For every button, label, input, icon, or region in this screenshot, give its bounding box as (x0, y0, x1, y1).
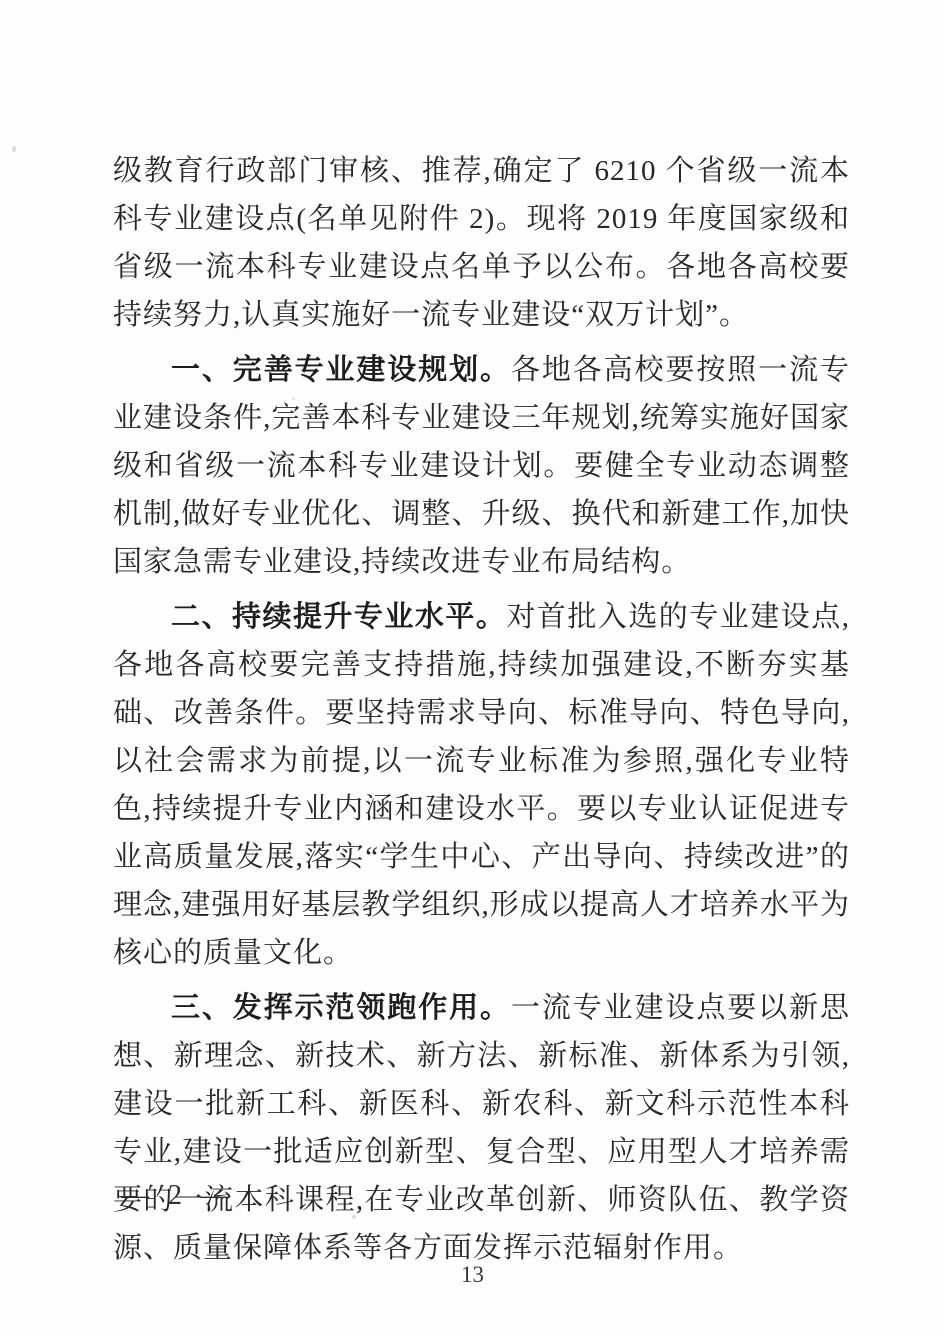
body-text: 各地各高校要按照一流专业建设条件,完善本科专业建设三年规划,统筹实施好国家级和省… (113, 354, 850, 578)
paragraph: 三、发挥示范领跑作用。一流专业建设点要以新思想、新理念、新技术、新方法、新标准、… (113, 984, 850, 1272)
body-text: 级教育行政部门审核、推荐,确定了 6210 个省级一流本科专业建设点(名单见附件… (113, 155, 850, 331)
scan-speck (12, 146, 16, 152)
document-body: 级教育行政部门审核、推荐,确定了 6210 个省级一流本科专业建设点(名单见附件… (113, 147, 850, 1279)
document-page-number: — 2 — (121, 1180, 235, 1212)
body-text: 一流专业建设点要以新思想、新理念、新技术、新方法、新标准、新体系为引领,建设一批… (113, 992, 850, 1264)
scan-speck (352, 1215, 356, 1219)
body-text: 对首批入选的专业建设点,各地各高校要完善支持措施,持续加强建设,不断夯实基础、改… (113, 601, 850, 969)
paragraph: 二、持续提升专业水平。对首批入选的专业建设点,各地各高校要完善支持措施,持续加强… (113, 593, 850, 977)
scan-page-number: 13 (0, 1262, 945, 1288)
document-page: 级教育行政部门审核、推荐,确定了 6210 个省级一流本科专业建设点(名单见附件… (0, 0, 945, 1337)
section-heading: 三、发挥示范领跑作用。 (171, 992, 511, 1024)
section-heading: 一、完善专业建设规划。 (171, 354, 511, 386)
scan-speck (292, 397, 295, 400)
section-heading: 二、持续提升专业水平。 (171, 601, 506, 633)
paragraph: 级教育行政部门审核、推荐,确定了 6210 个省级一流本科专业建设点(名单见附件… (113, 147, 850, 339)
paragraph: 一、完善专业建设规划。各地各高校要按照一流专业建设条件,完善本科专业建设三年规划… (113, 346, 850, 586)
scan-speck (589, 315, 592, 319)
